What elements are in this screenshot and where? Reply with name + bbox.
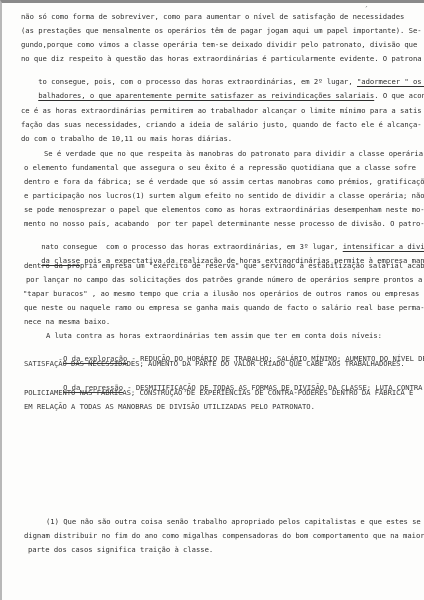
paragraph-start: A luta contra as horas extraordinárias t… xyxy=(46,331,382,340)
body-line: do com o trabalho de 10,11 ou mais horas… xyxy=(21,134,232,143)
body-line: no que diz respeito à questão das horas … xyxy=(21,54,422,63)
body-line: dentro da própria empresa um "exército d… xyxy=(24,261,424,270)
body-line: dentro e fora da fábrica; se é verdade q… xyxy=(24,177,424,186)
body-line: fação das suas necessidades, criando a i… xyxy=(21,120,422,129)
body-line: gundo,porque como vimos a classe operári… xyxy=(21,40,417,49)
body-line: balhadores, o que aparentemente permite … xyxy=(21,82,424,109)
body-line: se pode menosprezar o papel que elemento… xyxy=(24,205,424,214)
body-line: "tapar buracos" , ao mesmo tempo que cri… xyxy=(23,289,419,298)
level-repression-cont: EM RELAÇÃO A TODAS AS MANOBRAS DE DIVISÃ… xyxy=(24,402,315,411)
body-line: e participação nos lucros(1) surtem algu… xyxy=(24,191,424,200)
body-line: que neste ou naquele ramo ou empresa se … xyxy=(24,303,424,312)
level-repression-cont: POLICIAMENTO NAS FÁBRICAS; CONSTRUÇÃO DE… xyxy=(24,388,413,397)
paragraph-start: Se é verdade que no que respeita às mano… xyxy=(44,149,424,158)
body-line: por lançar no campo das solicitações dos… xyxy=(26,275,422,284)
body-line: (as prestações que mensalmente os operár… xyxy=(21,26,422,35)
body-line: nece na mesma baixo. xyxy=(24,317,110,326)
body-line: não só como forma de sobreviver, como pa… xyxy=(21,12,404,21)
footnote-line: dignam distribuir no fim do ano como mig… xyxy=(24,531,424,540)
level-exploitation-cont: SATISFAÇÃO DAS NECESSIDADES; AUMENTO DA … xyxy=(24,359,405,368)
body-line: o elemento fundamental que assegura o se… xyxy=(24,163,416,172)
scanned-page: ´ não só como forma de sobreviver, como … xyxy=(0,0,424,600)
footnote-line: parte dos casos significa traição à clas… xyxy=(28,545,213,554)
underlined-phrase: balhadores, o que aparentemente permite … xyxy=(38,91,374,100)
body-line: mento no nosso país, acabando por ter pa… xyxy=(24,219,424,228)
body-text: . O que aconte- xyxy=(374,91,424,100)
body-line: ce é as horas extraordinárias permitirem… xyxy=(21,106,422,115)
footnote-line: (1) Que não são outra coisa senão trabal… xyxy=(46,517,421,526)
